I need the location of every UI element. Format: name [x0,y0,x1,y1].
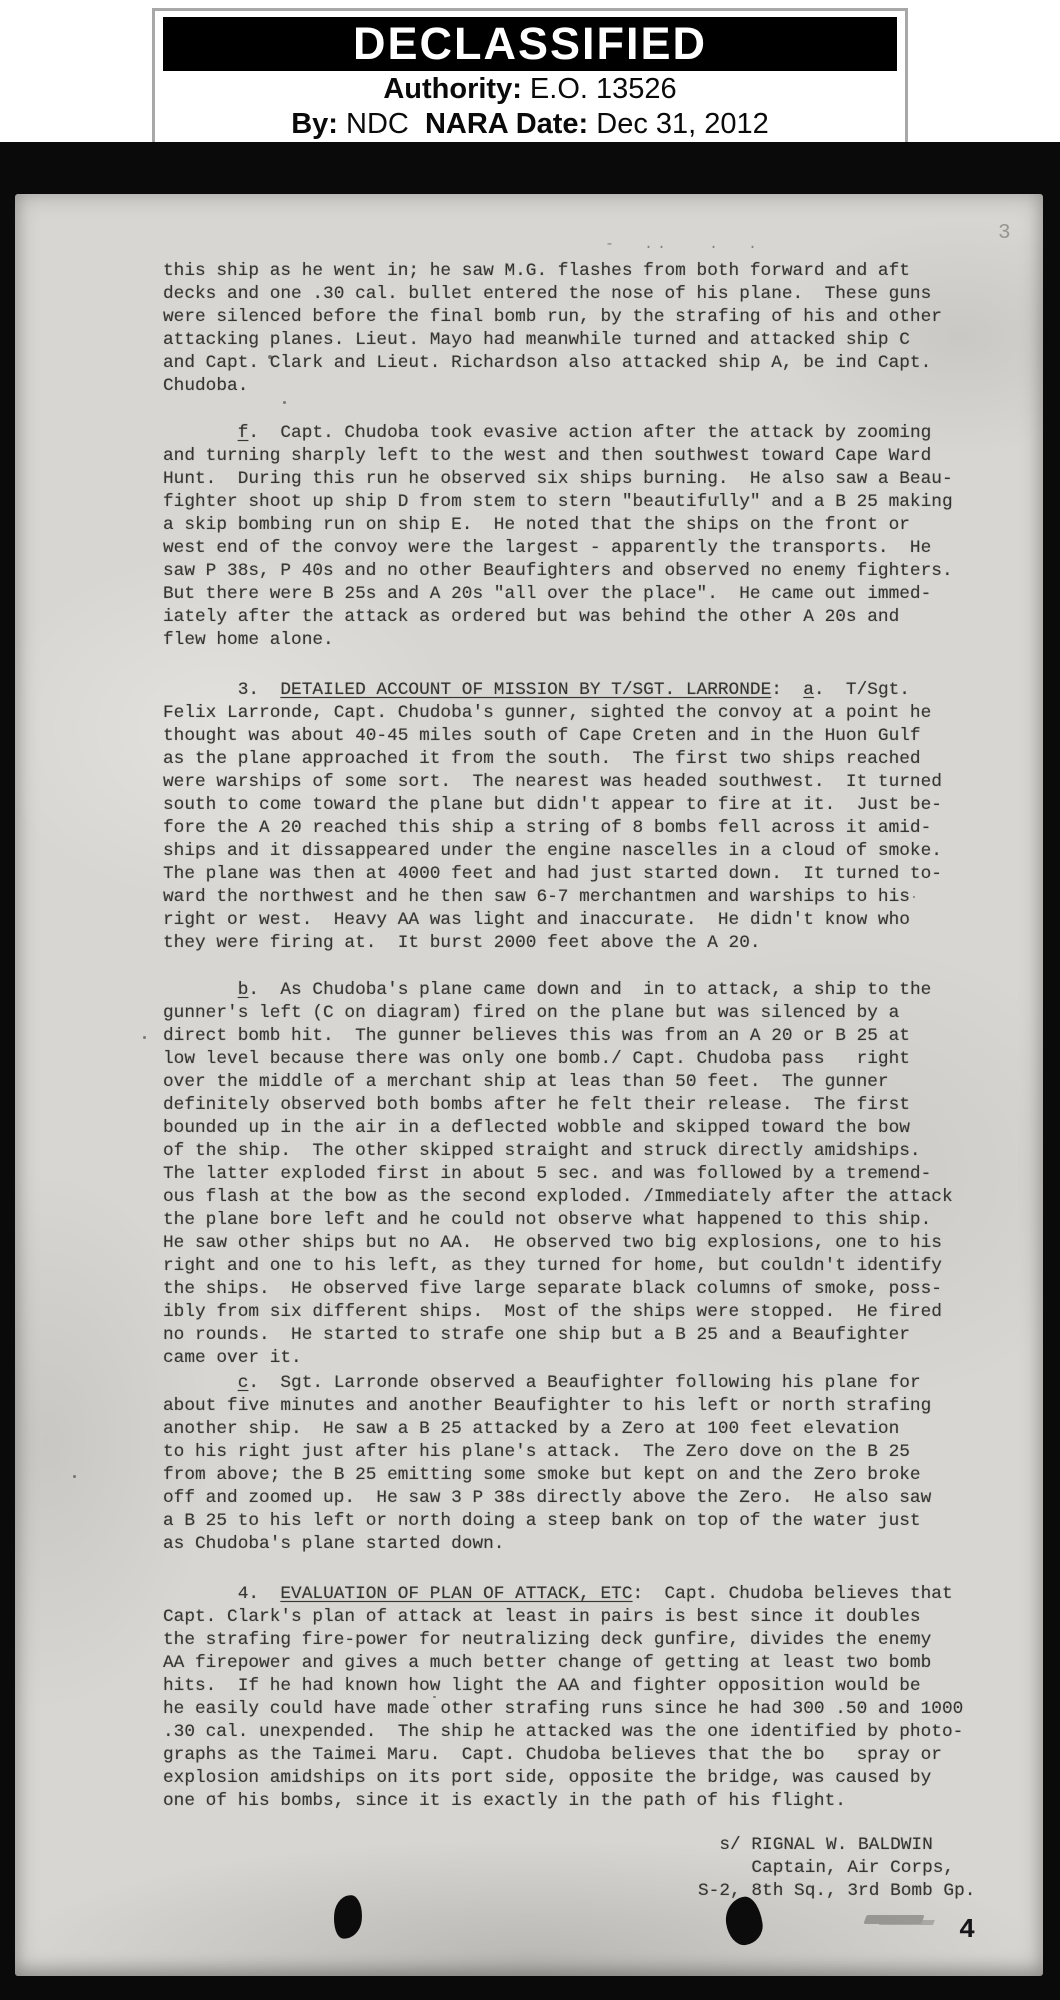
authority-value: E.O. 13526 [522,73,677,105]
text-line: they were firing at. It burst 2000 feet … [163,932,993,955]
text-line: ward the northwest and he then saw 6-7 m… [163,886,993,909]
paragraph: this ship as he went in; he saw M.G. fla… [163,260,993,398]
text-line: a skip bombing run on ship E. He noted t… [163,514,993,537]
text-line: and turning sharply left to the west and… [163,445,993,468]
text-line: b. As Chudoba's plane came down and in t… [163,979,993,1002]
text-line: low level because there was only one bom… [163,1048,993,1071]
text-line: explosion amidships on its port side, op… [163,1767,993,1790]
paper-speck [433,1696,436,1698]
text-line: he easily could have made other strafing… [163,1698,993,1721]
text-line: He saw other ships but no AA. He observe… [163,1232,993,1255]
text-line: ships and it dissappeared under the engi… [163,840,993,863]
text-line: Felix Larronde, Capt. Chudoba's gunner, … [163,702,993,725]
text-line: no rounds. He started to strafe one ship… [163,1324,993,1347]
declassified-banner: DECLASSIFIED Authority: E.O. 13526 By: N… [152,8,908,150]
text-line: The plane was then at 4000 feet and had … [163,863,993,886]
text-line: ous flash at the bow as the second explo… [163,1186,993,1209]
text-line: AA firepower and gives a much better cha… [163,1652,993,1675]
text-line: west end of the convoy were the largest … [163,537,993,560]
by-value: NDC [338,108,425,140]
text-line: were warships of some sort. The nearest … [163,771,993,794]
page-number: 4 [959,1916,975,1946]
authority-label: Authority: [383,73,522,105]
text-line: as Chudoba's plane started down. [163,1533,993,1556]
text-line: c. Sgt. Larronde observed a Beaufighter … [163,1372,993,1395]
text-line: attacking planes. Lieut. Mayo had meanwh… [163,329,993,352]
declassified-title: DECLASSIFIED [163,17,897,71]
paragraph: c. Sgt. Larronde observed a Beaufighter … [163,1372,993,1556]
text-line: right and one to his left, as they turne… [163,1255,993,1278]
paragraph: b. As Chudoba's plane came down and in t… [163,979,993,1370]
scan-background: 3 - .. . . this ship as he went in; he s… [0,142,1060,2000]
by-date-line: By: NDC NARA Date: Dec 31, 2012 [163,108,897,141]
text-line: about five minutes and another Beaufight… [163,1395,993,1418]
text-line: as the plane approached it from the sout… [163,748,993,771]
by-label: By: [291,108,338,140]
text-line: the strafing fire-power for neutralizing… [163,1629,993,1652]
text-line: The latter exploded first in about 5 sec… [163,1163,993,1186]
text-line: ibly from six different ships. Most of t… [163,1301,993,1324]
document-text: this ship as he went in; he saw M.G. fla… [163,260,993,1903]
text-line: one of his bombs, since it is exactly in… [163,1790,993,1813]
text-line: right or west. Heavy AA was light and in… [163,909,993,932]
paper-speck [213,1795,215,1797]
text-line: fore the A 20 reached this ship a string… [163,817,993,840]
signature-block: s/ RIGNAL W. BALDWIN Captain, Air Corps,… [698,1834,993,1903]
text-line: the ships. He observed five large separa… [163,1278,993,1301]
text-line: s/ RIGNAL W. BALDWIN [698,1834,993,1857]
text-line: and Capt. Clark and Lieut. Richardson al… [163,352,993,375]
text-line: Capt. Clark's plan of attack at least in… [163,1606,993,1629]
text-line: Chudoba. [163,375,993,398]
text-line: another ship. He saw a B 25 attacked by … [163,1418,993,1441]
text-line: this ship as he went in; he saw M.G. fla… [163,260,993,283]
stray-type-marks: - .. . . [605,236,761,253]
text-line: thought was about 40-45 miles south of C… [163,725,993,748]
text-line: the plane bore left and he could not obs… [163,1209,993,1232]
text-line: definitely observed both bombs after he … [163,1094,993,1117]
text-line: came over it. [163,1347,993,1370]
text-line: bounded up in the air in a deflected wob… [163,1117,993,1140]
text-line: to his right just after his plane's atta… [163,1441,993,1464]
paper-speck [913,896,915,898]
text-line: south to come toward the plane but didn'… [163,794,993,817]
text-line: direct bomb hit. The gunner believes thi… [163,1025,993,1048]
text-line: over the middle of a merchant ship at le… [163,1071,993,1094]
text-line: 3. DETAILED ACCOUNT OF MISSION BY T/SGT.… [163,679,993,702]
text-line: Hunt. During this run he observed six sh… [163,468,993,491]
paper-speck [283,401,286,404]
ink-smudge [863,1915,924,1924]
authority-line: Authority: E.O. 13526 [163,73,897,106]
text-line: .30 cal. unexpended. The ship he attacke… [163,1721,993,1744]
text-line: off and zoomed up. He saw 3 P 38s direct… [163,1487,993,1510]
paragraph: 4. EVALUATION OF PLAN OF ATTACK, ETC: Ca… [163,1583,993,1813]
text-line: of the ship. The other skipped straight … [163,1140,993,1163]
paper-speck [717,496,719,499]
paragraph: f. Capt. Chudoba took evasive action aft… [163,422,993,652]
document-page: 3 - .. . . this ship as he went in; he s… [15,194,1043,1976]
nara-date-label: NARA Date: [425,108,588,140]
text-line: But there were B 25s and A 20s "all over… [163,583,993,606]
text-line: Captain, Air Corps, [698,1857,993,1880]
text-line: saw P 38s, P 40s and no other Beaufighte… [163,560,993,583]
text-line: 4. EVALUATION OF PLAN OF ATTACK, ETC: Ca… [163,1583,993,1606]
corner-page-mark: 3 [998,222,1011,245]
text-line: hits. If he had known how light the AA a… [163,1675,993,1698]
text-line: flew home alone. [163,629,993,652]
text-line: from above; the B 25 emitting some smoke… [163,1464,993,1487]
nara-date-value: Dec 31, 2012 [588,108,769,140]
text-line: decks and one .30 cal. bullet entered th… [163,283,993,306]
text-line: fighter shoot up ship D from stem to ste… [163,491,993,514]
text-line: f. Capt. Chudoba took evasive action aft… [163,422,993,445]
paper-speck [143,1036,146,1039]
text-line: were silenced before the final bomb run,… [163,306,993,329]
text-line: gunner's left (C on diagram) fired on th… [163,1002,993,1025]
text-line: iately after the attack as ordered but w… [163,606,993,629]
text-line: graphs as the Taimei Maru. Capt. Chudoba… [163,1744,993,1767]
paper-speck [73,1475,76,1478]
paragraph: 3. DETAILED ACCOUNT OF MISSION BY T/SGT.… [163,679,993,955]
paper-speck [268,355,272,359]
text-line: a B 25 to his left or north doing a stee… [163,1510,993,1533]
